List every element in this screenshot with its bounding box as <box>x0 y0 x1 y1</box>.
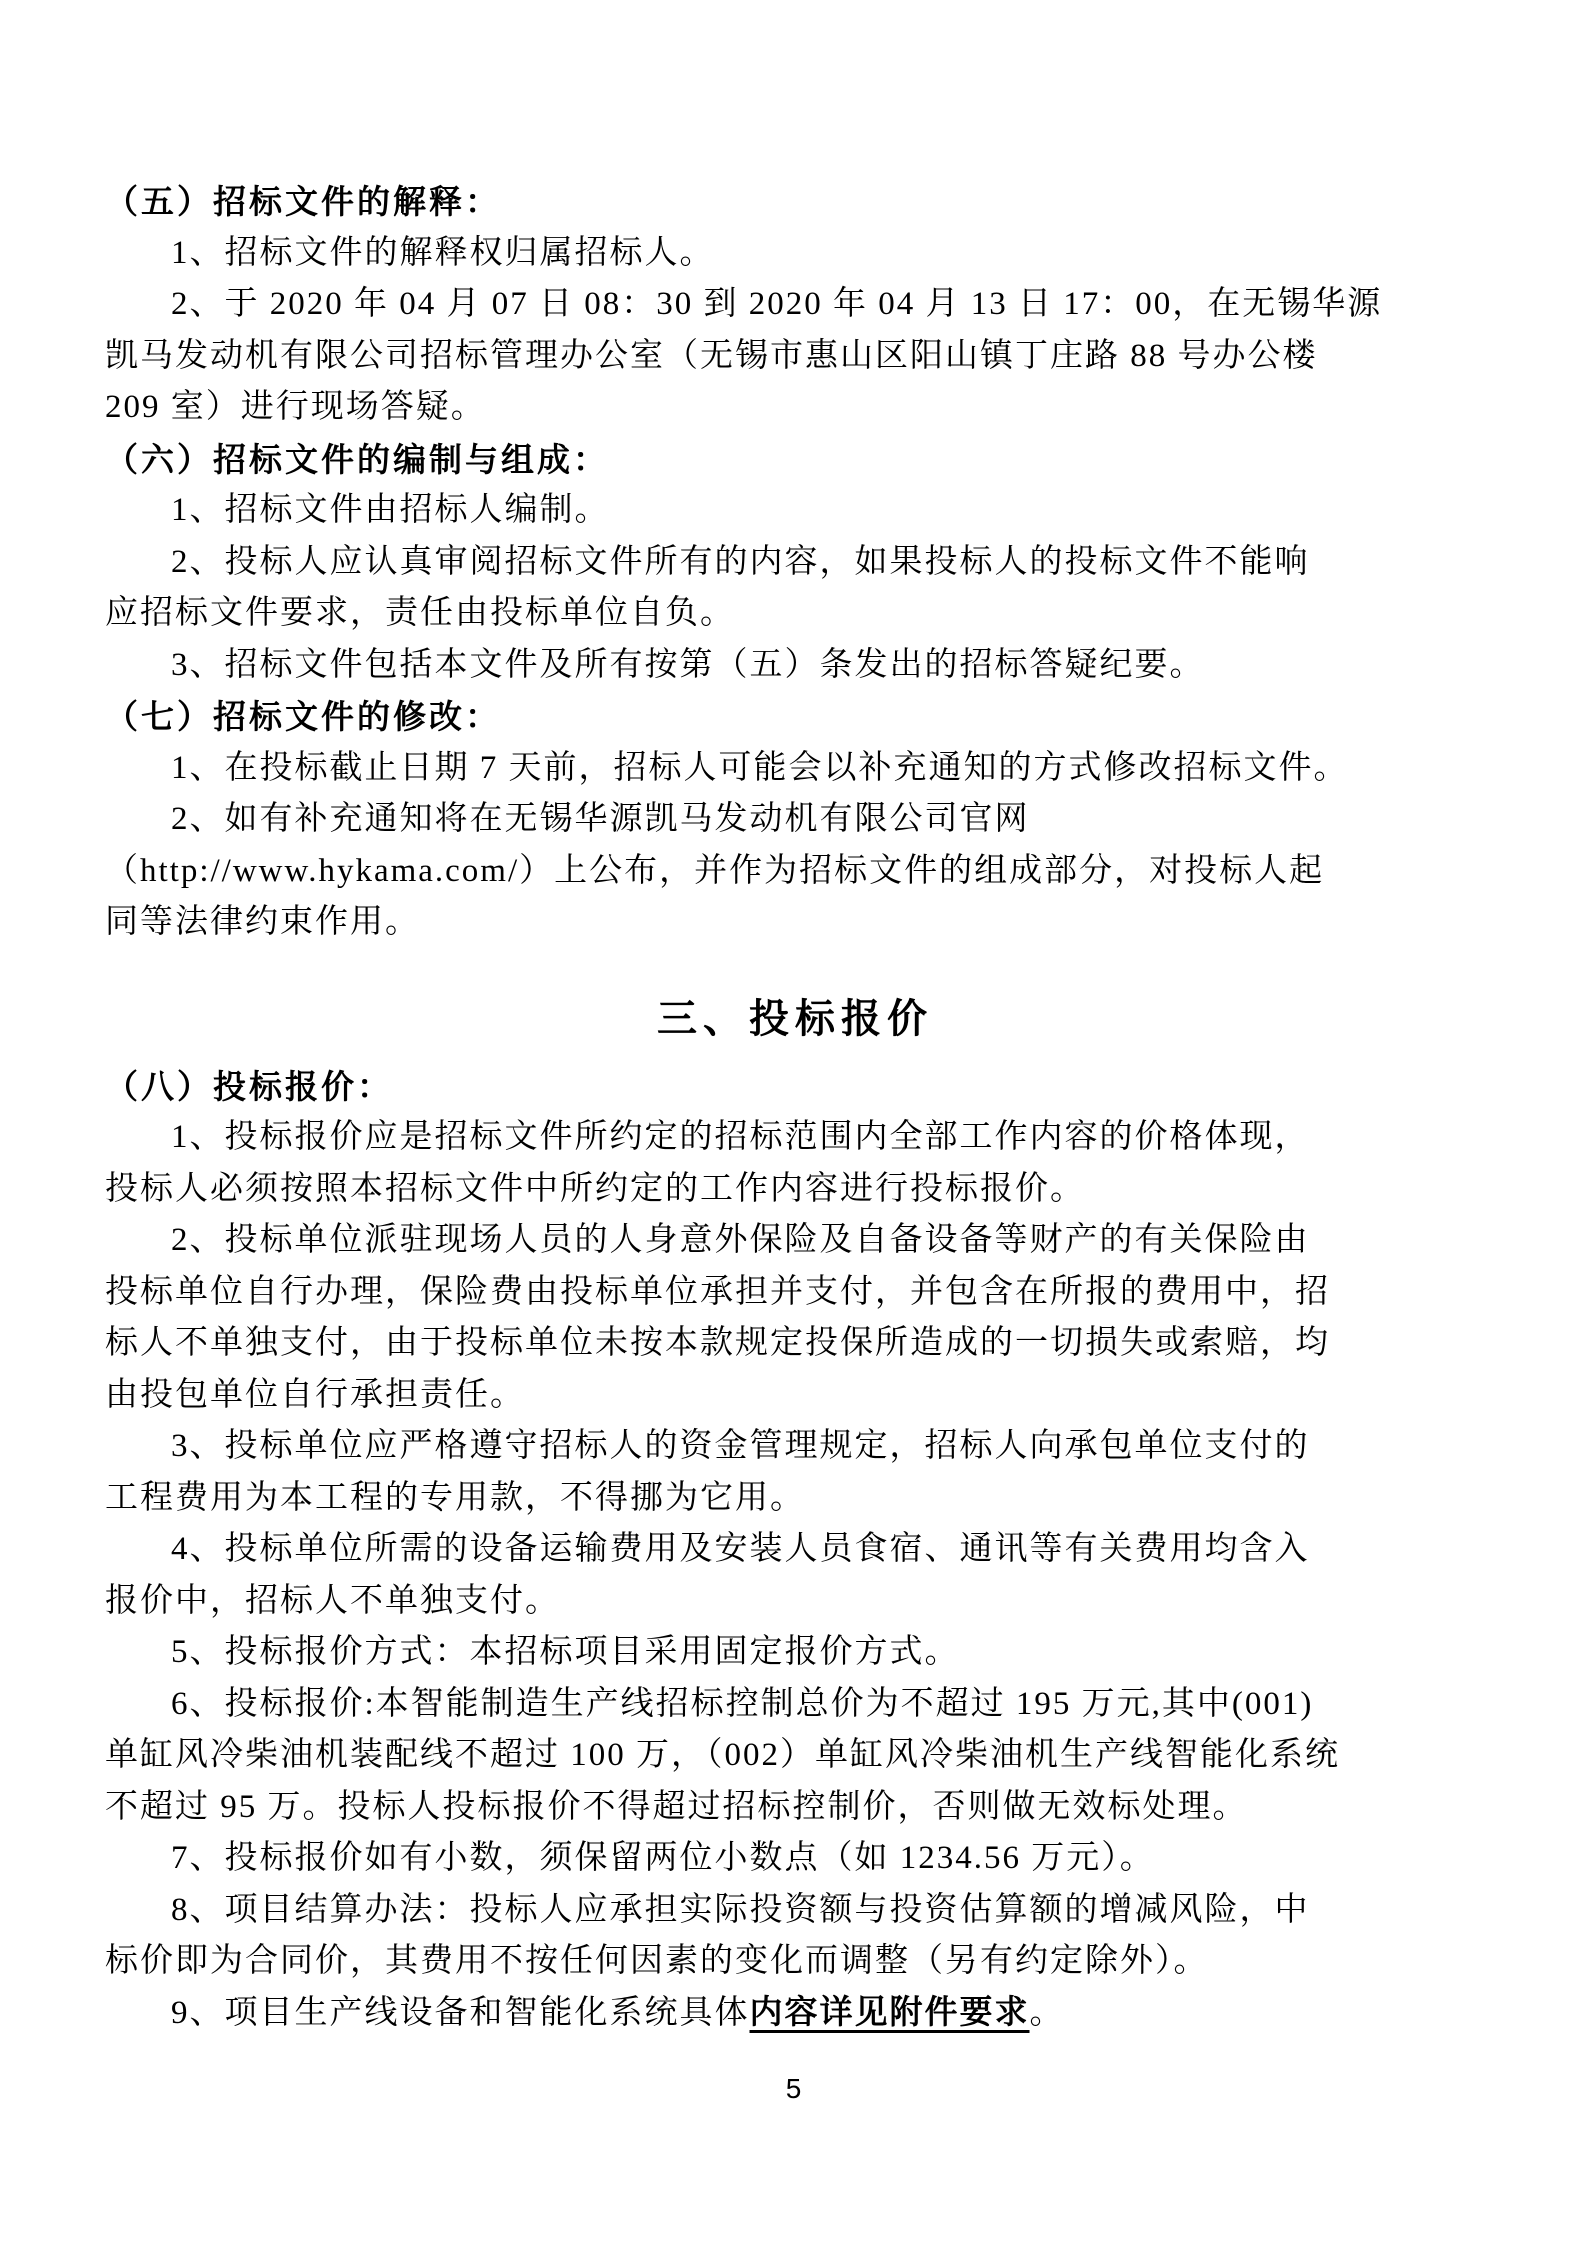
paragraph-line: 不超过 95 万。投标人投标报价不得超过招标控制价，否则做无效标处理。 <box>105 1782 1485 1834</box>
section-heading-7: （七）招标文件的修改： <box>105 691 1485 743</box>
paragraph-line: 投标单位自行办理，保险费由投标单位承担并支付，并包含在所报的费用中，招 <box>105 1267 1485 1319</box>
section-heading-6: （六）招标文件的编制与组成： <box>105 434 1485 486</box>
paragraph-line: 单缸风冷柴油机装配线不超过 100 万，（002）单缸风冷柴油机生产线智能化系统 <box>105 1730 1485 1782</box>
paragraph-line-attachment-note: 9、项目生产线设备和智能化系统具体内容详见附件要求。 <box>105 1988 1485 2040</box>
paragraph-line: 标人不单独支付，由于投标单位未按本款规定投保所造成的一切损失或索赔，均 <box>105 1318 1485 1370</box>
paragraph-line: 1、在投标截止日期 7 天前，招标人可能会以补充通知的方式修改招标文件。 <box>105 743 1485 795</box>
paragraph-line: 凯马发动机有限公司招标管理办公室（无锡市惠山区阳山镇丁庄路 88 号办公楼 <box>105 331 1485 383</box>
paragraph-line: 1、投标报价应是招标文件所约定的招标范围内全部工作内容的价格体现， <box>105 1112 1485 1164</box>
paragraph-line: 209 室）进行现场答疑。 <box>105 382 1485 434</box>
document-page: （五）招标文件的解释： 1、招标文件的解释权归属招标人。 2、于 2020 年 … <box>0 0 1587 2245</box>
paragraph-line: 3、招标文件包括本文件及所有按第（五）条发出的招标答疑纪要。 <box>105 640 1485 692</box>
paragraph-line: 1、招标文件的解释权归属招标人。 <box>105 228 1485 280</box>
paragraph-line: 同等法律约束作用。 <box>105 897 1485 949</box>
paragraph-text: 。 <box>1030 1995 1065 2031</box>
paragraph-line: 2、投标人应认真审阅招标文件所有的内容，如果投标人的投标文件不能响 <box>105 537 1485 589</box>
attachment-requirement-emphasis: 内容详见附件要求 <box>750 1995 1030 2031</box>
paragraph-line: 由投包单位自行承担责任。 <box>105 1370 1485 1422</box>
document-body: （五）招标文件的解释： 1、招标文件的解释权归属招标人。 2、于 2020 年 … <box>105 176 1485 2039</box>
paragraph-line: 报价中，招标人不单独支付。 <box>105 1576 1485 1628</box>
paragraph-line: 3、投标单位应严格遵守招标人的资金管理规定，招标人向承包单位支付的 <box>105 1421 1485 1473</box>
paragraph-line: 5、投标报价方式：本招标项目采用固定报价方式。 <box>105 1627 1485 1679</box>
paragraph-line: 2、于 2020 年 04 月 07 日 08：30 到 2020 年 04 月… <box>105 279 1485 331</box>
paragraph-line: （http://www.hykama.com/）上公布，并作为招标文件的组成部分… <box>105 846 1485 898</box>
section-heading-5: （五）招标文件的解释： <box>105 176 1485 228</box>
paragraph-text: 9、项目生产线设备和智能化系统具体 <box>171 1995 750 2031</box>
paragraph-line: 投标人必须按照本招标文件中所约定的工作内容进行投标报价。 <box>105 1164 1485 1216</box>
paragraph-line: 2、如有补充通知将在无锡华源凯马发动机有限公司官网 <box>105 794 1485 846</box>
paragraph-line: 2、投标单位派驻现场人员的人身意外保险及自备设备等财产的有关保险由 <box>105 1215 1485 1267</box>
paragraph-line: 7、投标报价如有小数，须保留两位小数点（如 1234.56 万元）。 <box>105 1833 1485 1885</box>
section-heading-8: （八）投标报价： <box>105 1061 1485 1113</box>
page-number: 5 <box>0 2073 1587 2105</box>
paragraph-line: 8、项目结算办法：投标人应承担实际投资额与投资估算额的增减风险，中 <box>105 1885 1485 1937</box>
paragraph-line: 标价即为合同价，其费用不按任何因素的变化而调整（另有约定除外）。 <box>105 1936 1485 1988</box>
paragraph-line: 工程费用为本工程的专用款，不得挪为它用。 <box>105 1473 1485 1525</box>
paragraph-line: 4、投标单位所需的设备运输费用及安装人员食宿、通讯等有关费用均含入 <box>105 1524 1485 1576</box>
paragraph-line: 应招标文件要求，责任由投标单位自负。 <box>105 588 1485 640</box>
chapter-title: 三、投标报价 <box>105 991 1485 1047</box>
paragraph-line: 6、投标报价:本智能制造生产线招标控制总价为不超过 195 万元,其中(001) <box>105 1679 1485 1731</box>
paragraph-line: 1、招标文件由招标人编制。 <box>105 485 1485 537</box>
